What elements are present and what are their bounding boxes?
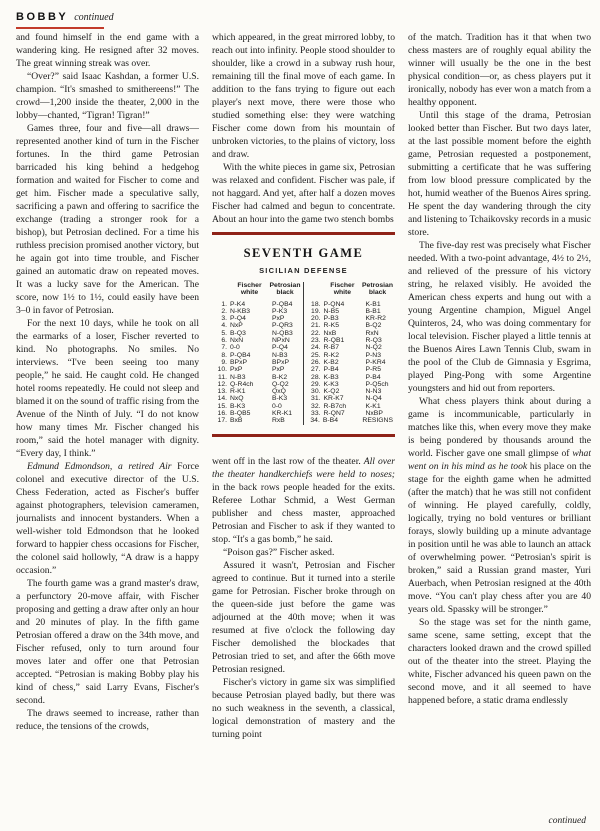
- paragraph: Games three, four and five—all draws—rep…: [16, 122, 199, 317]
- paragraph: So the stage was set for the ninth game,…: [408, 616, 591, 707]
- move-row: 4.NxPP-QR3: [216, 322, 301, 329]
- move-row: 24.R-B7N-Q2: [310, 344, 394, 351]
- paragraph: For the next 10 days, while he took on a…: [16, 317, 199, 460]
- move-row: 25.R-K2P-N3: [310, 352, 394, 359]
- move-row: 34.B-B4RESIGNS: [310, 417, 394, 424]
- game-table-title: SEVENTH GAME: [212, 246, 395, 261]
- move-row: 1.P-K4P-QB4: [216, 301, 301, 308]
- move-row: 11.N-B3B-K2: [216, 374, 301, 381]
- paragraph: which appeared, in the great mirrored lo…: [212, 31, 395, 161]
- continued-label: continued: [549, 816, 586, 826]
- move-row: 23.R-QB1R-Q3: [310, 337, 394, 344]
- column-2-lower-text: went off in the last row of the theater.…: [212, 455, 395, 741]
- move-column-headers: FischerwhitePetrosianblack: [310, 282, 394, 297]
- move-row: 29.K-K3P-Q5ch: [310, 381, 394, 388]
- move-row: 18.P-QN4K-B1: [310, 301, 394, 308]
- article-columns: and found himself in the end game with a…: [16, 31, 591, 825]
- move-row: 21.R-K5B-Q2: [310, 322, 394, 329]
- move-row: 26.K-B2P-KR4: [310, 359, 394, 366]
- column-1: and found himself in the end game with a…: [16, 31, 199, 825]
- move-row: 20.P-B3KR-R2: [310, 315, 394, 322]
- paragraph: The fourth game was a grand master's dra…: [16, 577, 199, 707]
- column-2-upper-text: which appeared, in the great mirrored lo…: [212, 31, 395, 226]
- move-row: 19.N-B5B-B1: [310, 308, 394, 315]
- move-row: 31.KR-K7N-Q4: [310, 395, 394, 402]
- move-row: 30.K-Q2N-N3: [310, 388, 394, 395]
- move-row: 15.B-K30-0: [216, 403, 301, 410]
- paragraph: “Poison gas?” Fischer asked.: [212, 546, 395, 559]
- move-row: 8.P-QB4N-B3: [216, 352, 301, 359]
- page-header: BOBBYcontinued: [16, 7, 114, 29]
- move-row: 7.0-0P-Q4: [216, 344, 301, 351]
- move-row: 10.PxPPxP: [216, 366, 301, 373]
- paragraph: What chess players think about during a …: [408, 395, 591, 616]
- move-row: 33.R-QN7NxBP: [310, 410, 394, 417]
- paragraph: The draws seemed to increase, rather tha…: [16, 707, 199, 733]
- game-opening-name: SICILIAN DEFENSE: [212, 266, 395, 275]
- chess-game-table: SEVENTH GAME SICILIAN DEFENSE Fischerwhi…: [212, 232, 395, 437]
- paragraph: Edmund Edmondson, a retired Air Force co…: [16, 460, 199, 577]
- move-row: 16.B-QB5KR-K1: [216, 410, 301, 417]
- paragraph: With the white pieces in game six, Petro…: [212, 161, 395, 226]
- continued-label: continued: [74, 12, 113, 23]
- move-row: 6.NxNNPxN: [216, 337, 301, 344]
- paragraph: and found himself in the end game with a…: [16, 31, 199, 70]
- move-list: FischerwhitePetrosianblack1.P-K4P-QB42.N…: [212, 282, 395, 425]
- column-3: of the match. Tradition has it that when…: [408, 31, 591, 825]
- column-2: which appeared, in the great mirrored lo…: [212, 31, 395, 825]
- move-row: 12.Q-R4chQ-Q2: [216, 381, 301, 388]
- move-row: 13.R-K1QxQ: [216, 388, 301, 395]
- move-row: 5.B-Q3N-QB3: [216, 330, 301, 337]
- paragraph: Assured it wasn't, Petrosian and Fischer…: [212, 559, 395, 676]
- move-row: 17.BxBRxB: [216, 417, 301, 424]
- move-row: 27.P-B4P-R5: [310, 366, 394, 373]
- moves-1-17: FischerwhitePetrosianblack1.P-K4P-QB42.N…: [212, 282, 304, 425]
- move-row: 9.BPxPBPxP: [216, 359, 301, 366]
- paragraph: Fischer's victory in game six was simpli…: [212, 676, 395, 741]
- paragraph: of the match. Tradition has it that when…: [408, 31, 591, 109]
- move-row: 3.P-Q4PxP: [216, 315, 301, 322]
- paragraph: “Over?” said Isaac Kashdan, a former U.S…: [16, 70, 199, 122]
- paragraph: The five-day rest was precisely what Fis…: [408, 239, 591, 395]
- paragraph: Until this stage of the drama, Petrosian…: [408, 109, 591, 239]
- paragraph: went off in the last row of the theater.…: [212, 455, 395, 546]
- move-row: 32.R-B7chK-K1: [310, 403, 394, 410]
- moves-18-34: FischerwhitePetrosianblack18.P-QN4K-B119…: [304, 282, 396, 425]
- move-column-headers: FischerwhitePetrosianblack: [216, 282, 301, 297]
- header-rule: [16, 27, 104, 29]
- move-row: 28.K-B3P-B4: [310, 374, 394, 381]
- move-row: 2.N-KB3P-K3: [216, 308, 301, 315]
- section-title: BOBBY: [16, 11, 68, 23]
- move-row: 22.NxBRxN: [310, 330, 394, 337]
- move-row: 14.NxQB-K3: [216, 395, 301, 402]
- magazine-page: BOBBYcontinued and found himself in the …: [0, 0, 600, 831]
